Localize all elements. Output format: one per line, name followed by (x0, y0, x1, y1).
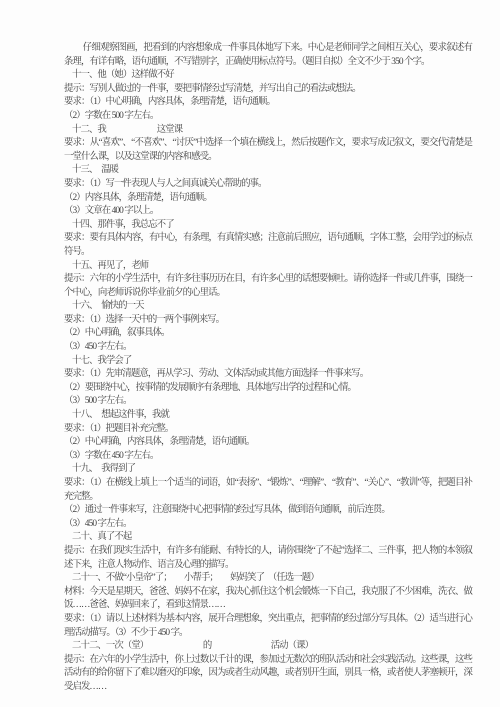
topic-22-hint: 提示：在六年的小学生活中，你上过数以千计的课，参加过无数次的班队活动和社会实践活… (64, 654, 472, 695)
topic-15-heading: 十五、再见了，老师 (64, 260, 472, 274)
topic-12-req: 要求：从“喜欢”、“不喜欢”、“讨厌”中选择一个填在横线上，然后按题作文，要求写… (64, 137, 472, 164)
topic-19-req-3: （3）450 字左右。 (64, 518, 472, 532)
topic-20-heading: 二十、真了不起 (64, 531, 472, 545)
topic-12-heading: 十二、我 这堂课 (64, 124, 472, 138)
topic-21-material: 材料：今天是星期天，爸爸、妈妈不在家，我决心抓住这个机会锻炼一下自己，我克服了不… (64, 586, 472, 613)
topic-11-req-1: 要求：（1）中心明确，内容具体，条理清楚，语句通顺。 (64, 96, 472, 110)
topic-11-hint: 提示：写别人做过的一件事，要把事情经过写清楚，并写出自己的看法或想法。 (64, 83, 472, 97)
topic-18-heading: 十八、 想起这件事，我就 (64, 409, 472, 423)
document-page: 仔细观察图画，把看到的内容想象成一件事具体地写下来。中心是老师同学之间相互关心，… (0, 0, 500, 707)
topic-19-heading: 十九、 我得到了 (64, 463, 472, 477)
topic-15-hint: 提示：六年的小学生活中，有许多往事历历在目，有许多心里的话想要倾吐。请你选择一件… (64, 273, 472, 300)
topic-21-req: 要求：（1）请以上述材料为基本内容，展开合理想象，突出重点，把事情的经过部分写具… (64, 613, 472, 640)
topic-18-req-3: （3）字数在 450 字左右。 (64, 450, 472, 464)
topic-17-req-2: （2）要围绕中心，按事情的发展顺序有条理地、具体地写出学的过程和心情。 (64, 382, 472, 396)
topic-11-req-2: （2）字数在 500 字左右。 (64, 110, 472, 124)
topic-18-req-2: （2）中心明确，内容具体，条理清楚，语句通顺。 (64, 436, 472, 450)
topic-20-hint: 提示：在我们现实生活中，有许多有能耐、有特长的人，请你围绕“了不起”选择二、三件… (64, 545, 472, 572)
topic-18-req-1: 要求：（1）把题目补充完整。 (64, 423, 472, 437)
intro-paragraph: 仔细观察图画，把看到的内容想象成一件事具体地写下来。中心是老师同学之间相互关心，… (64, 42, 472, 69)
topic-13-req-2: （2）内容具体，条理清楚，语句通顺。 (64, 192, 472, 206)
topic-19-req-1: 要求：（1）在横线上填上一个适当的词语，如“表扬”、“锻炼”、“理解”、“教育”… (64, 477, 472, 504)
topic-17-req-1: 要求：（1）先审清题意，再从学习、劳动、文体活动或其他方面选择一件事来写。 (64, 368, 472, 382)
topic-19-req-2: （2）通过一件事来写，注意围绕中心把事情的经过写具体，做到语句通顺，前后连贯。 (64, 504, 472, 518)
document-body: 仔细观察图画，把看到的内容想象成一件事具体地写下来。中心是老师同学之间相互关心，… (0, 0, 500, 695)
topic-16-req-1: 要求：（1）选择一天中的一两个事例来写。 (64, 314, 472, 328)
topic-22-heading: 二十二、一次（堂） 的 活动（课） (64, 640, 472, 654)
topic-14-heading: 十四、那件事，我总忘不了 (64, 219, 472, 233)
topic-11-heading: 十一、他（她）这样做不好 (64, 69, 472, 83)
topic-21-heading: 二十一、不做“小皇帝”了； 小帮手； 妈妈笑了 （任选一题） (64, 572, 472, 586)
topic-16-req-3: （3）450 字左右。 (64, 341, 472, 355)
topic-13-heading: 十三、 温暖 (64, 164, 472, 178)
topic-17-heading: 十七、我学会了 (64, 355, 472, 369)
topic-17-req-3: （3）500 字左右。 (64, 395, 472, 409)
topic-13-req-3: （3）文章在 400 字以上。 (64, 205, 472, 219)
topic-16-heading: 十六、 愉快的一天 (64, 300, 472, 314)
topic-13-req-1: 要求：（1）写一件表现人与人之间真诚关心帮助的事。 (64, 178, 472, 192)
topic-14-req: 要求：要有具体内容，有中心，有条理，有真情实感；注意前后照应，语句通顺，字体工整… (64, 232, 472, 259)
topic-16-req-2: （2）中心明确，叙事具体。 (64, 327, 472, 341)
